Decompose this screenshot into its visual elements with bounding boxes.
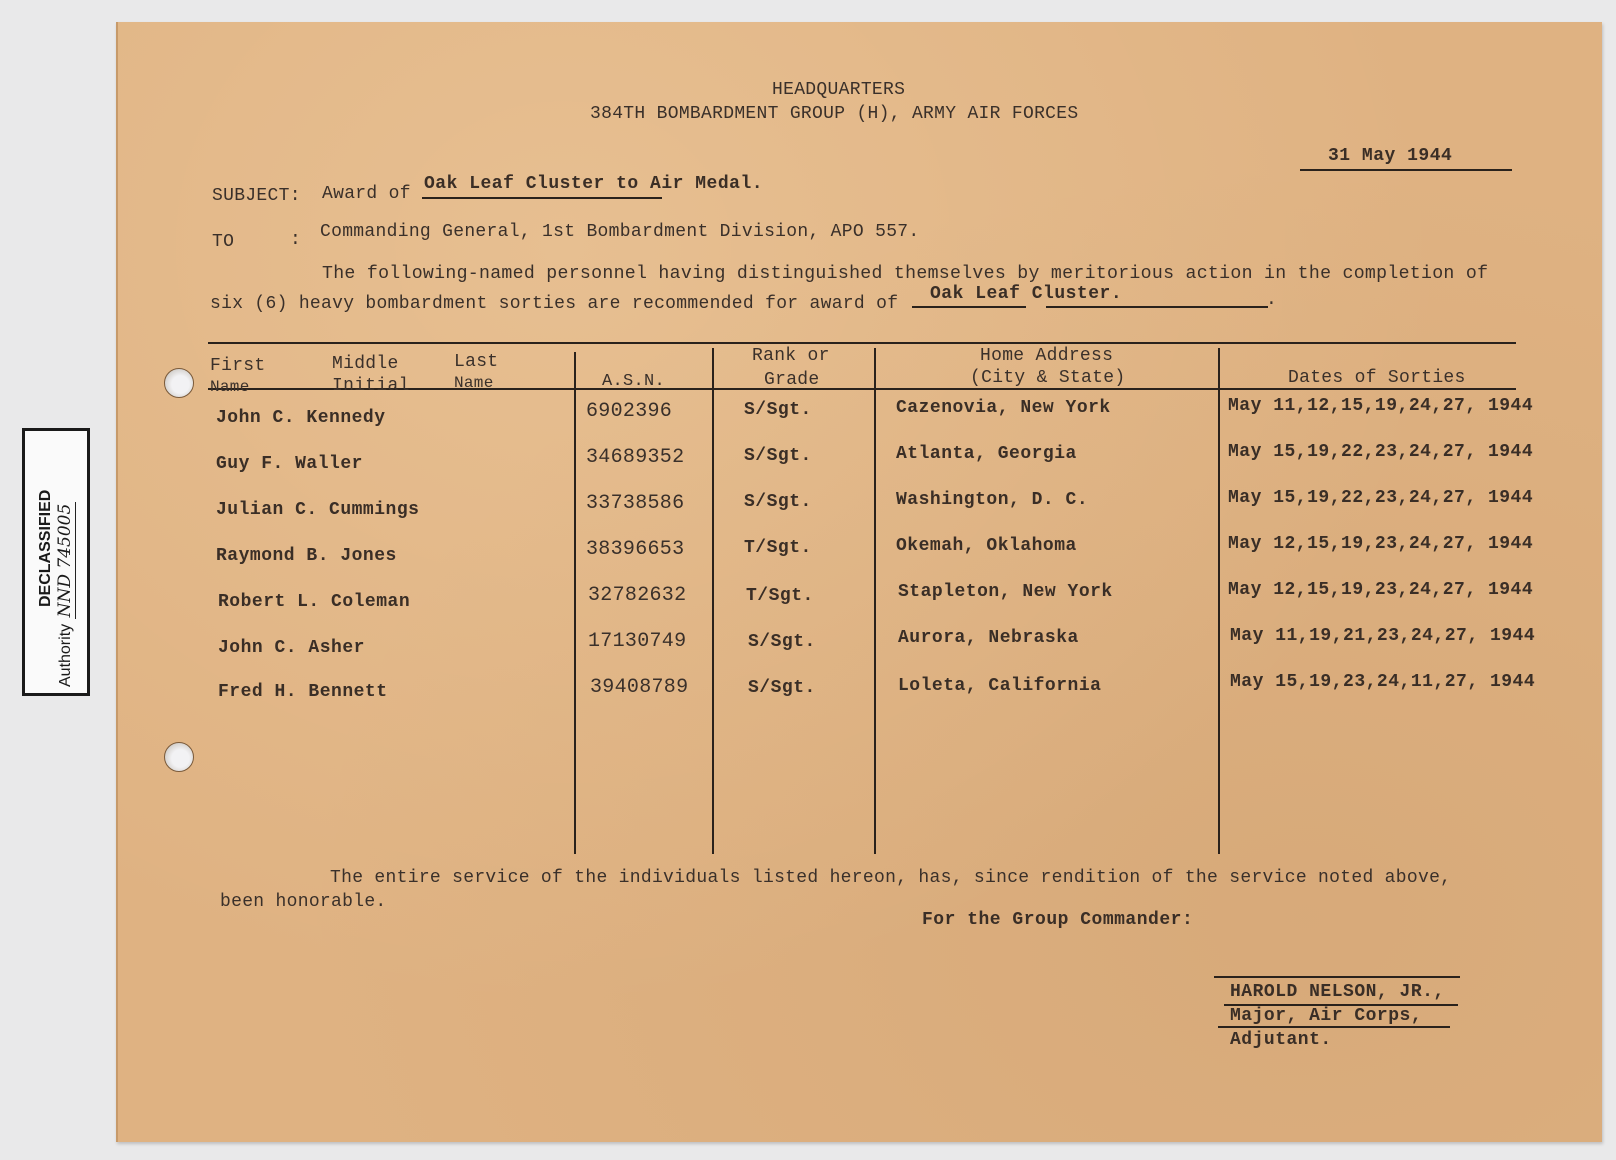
row-address: Cazenovia, New York xyxy=(896,398,1111,418)
row-dates: May 15,19,23,24,11,27, 1944 xyxy=(1230,672,1535,692)
signature-title: Major, Air Corps, xyxy=(1230,1006,1422,1026)
row-dates: May 12,15,19,23,24,27, 1944 xyxy=(1228,580,1533,600)
closing-line-2: been honorable. xyxy=(220,892,387,912)
intro-period: . xyxy=(1266,290,1277,310)
row-asn: 39408789 xyxy=(590,676,688,699)
row-name: Julian C. Cummings xyxy=(216,500,419,520)
table-top-rule xyxy=(208,342,1516,344)
header-address-2: (City & State) xyxy=(970,368,1125,388)
award-underline-2 xyxy=(1046,306,1268,308)
col-divider-dates xyxy=(1218,348,1220,854)
header-last-name-2: Name xyxy=(454,374,494,392)
signature-name: HAROLD NELSON, JR., xyxy=(1230,982,1445,1002)
date-underline xyxy=(1300,169,1512,171)
row-name: Guy F. Waller xyxy=(216,454,363,474)
intro-line-1: The following-named personnel having dis… xyxy=(322,264,1488,284)
header-first-name-2: Name xyxy=(210,378,250,396)
intro-award: Oak Leaf Cluster. xyxy=(930,284,1122,304)
stamp-authority-label: Authority xyxy=(57,624,74,687)
to-value: Commanding General, 1st Bombardment Divi… xyxy=(320,222,920,242)
header-line-2: 384TH BOMBARDMENT GROUP (H), ARMY AIR FO… xyxy=(590,104,1078,124)
header-rank-2: Grade xyxy=(764,370,820,390)
punch-hole-bottom xyxy=(164,742,194,772)
to-colon: : xyxy=(290,230,301,250)
row-address: Stapleton, New York xyxy=(898,582,1113,602)
header-address-1: Home Address xyxy=(980,346,1113,366)
header-middle-initial-2: Initial xyxy=(332,376,410,396)
subject-prefix: Award of xyxy=(322,184,411,204)
row-rank: T/Sgt. xyxy=(746,586,814,606)
row-address: Washington, D. C. xyxy=(896,490,1088,510)
row-name: Robert L. Coleman xyxy=(218,592,410,612)
punch-hole-top xyxy=(164,368,194,398)
header-asn: A.S.N. xyxy=(602,372,665,391)
row-dates: May 12,15,19,23,24,27, 1944 xyxy=(1228,534,1533,554)
row-rank: S/Sgt. xyxy=(744,400,812,420)
row-asn: 38396653 xyxy=(586,538,684,561)
declassified-stamp: DECLASSIFIED Authority NND 745005 xyxy=(22,428,90,696)
row-dates: May 15,19,22,23,24,27, 1944 xyxy=(1228,488,1533,508)
row-address: Loleta, California xyxy=(898,676,1101,696)
header-rank-1: Rank or xyxy=(752,346,830,366)
row-rank: T/Sgt. xyxy=(744,538,812,558)
to-label: TO xyxy=(212,232,234,252)
row-asn: 33738586 xyxy=(586,492,684,515)
for-group-commander: For the Group Commander: xyxy=(922,910,1193,930)
row-address: Okemah, Oklahoma xyxy=(896,536,1077,556)
row-address: Aurora, Nebraska xyxy=(898,628,1079,648)
subject-value: Oak Leaf Cluster to Air Medal. xyxy=(424,174,763,194)
subject-label: SUBJECT: xyxy=(212,186,301,206)
signature-role: Adjutant. xyxy=(1230,1030,1332,1050)
row-dates: May 15,19,22,23,24,27, 1944 xyxy=(1228,442,1533,462)
award-underline-1 xyxy=(912,306,1026,308)
row-rank: S/Sgt. xyxy=(744,492,812,512)
signature-title-rule xyxy=(1218,1026,1450,1028)
document-page: HEADQUARTERS 384TH BOMBARDMENT GROUP (H)… xyxy=(116,22,1602,1142)
col-divider-asn xyxy=(574,352,576,854)
row-rank: S/Sgt. xyxy=(748,678,816,698)
row-rank: S/Sgt. xyxy=(748,632,816,652)
document-date: 31 May 1944 xyxy=(1328,146,1452,166)
row-name: Fred H. Bennett xyxy=(218,682,388,702)
signature-top-rule xyxy=(1214,976,1460,978)
header-first-name-1: First xyxy=(210,356,266,376)
header-dates: Dates of Sorties xyxy=(1288,368,1466,388)
header-last-name-1: Last xyxy=(454,352,498,372)
col-divider-address xyxy=(874,348,876,854)
row-name: John C. Asher xyxy=(218,638,365,658)
row-asn: 34689352 xyxy=(586,446,684,469)
row-asn: 32782632 xyxy=(588,584,686,607)
row-address: Atlanta, Georgia xyxy=(896,444,1077,464)
closing-line-1: The entire service of the individuals li… xyxy=(330,868,1451,888)
stamp-authority-value: NND 745005 xyxy=(55,502,76,620)
row-rank: S/Sgt. xyxy=(744,446,812,466)
header-middle-initial-1: Middle xyxy=(332,354,399,374)
row-name: John C. Kennedy xyxy=(216,408,386,428)
row-asn: 6902396 xyxy=(586,400,672,423)
header-line-1: HEADQUARTERS xyxy=(772,80,905,100)
col-divider-rank xyxy=(712,348,714,854)
row-dates: May 11,12,15,19,24,27, 1944 xyxy=(1228,396,1533,416)
stamp-title: DECLASSIFIED xyxy=(37,437,55,687)
intro-line-2: six (6) heavy bombardment sorties are re… xyxy=(210,294,898,314)
row-asn: 17130749 xyxy=(588,630,686,653)
row-name: Raymond B. Jones xyxy=(216,546,397,566)
row-dates: May 11,19,21,23,24,27, 1944 xyxy=(1230,626,1535,646)
subject-underline xyxy=(422,197,662,199)
